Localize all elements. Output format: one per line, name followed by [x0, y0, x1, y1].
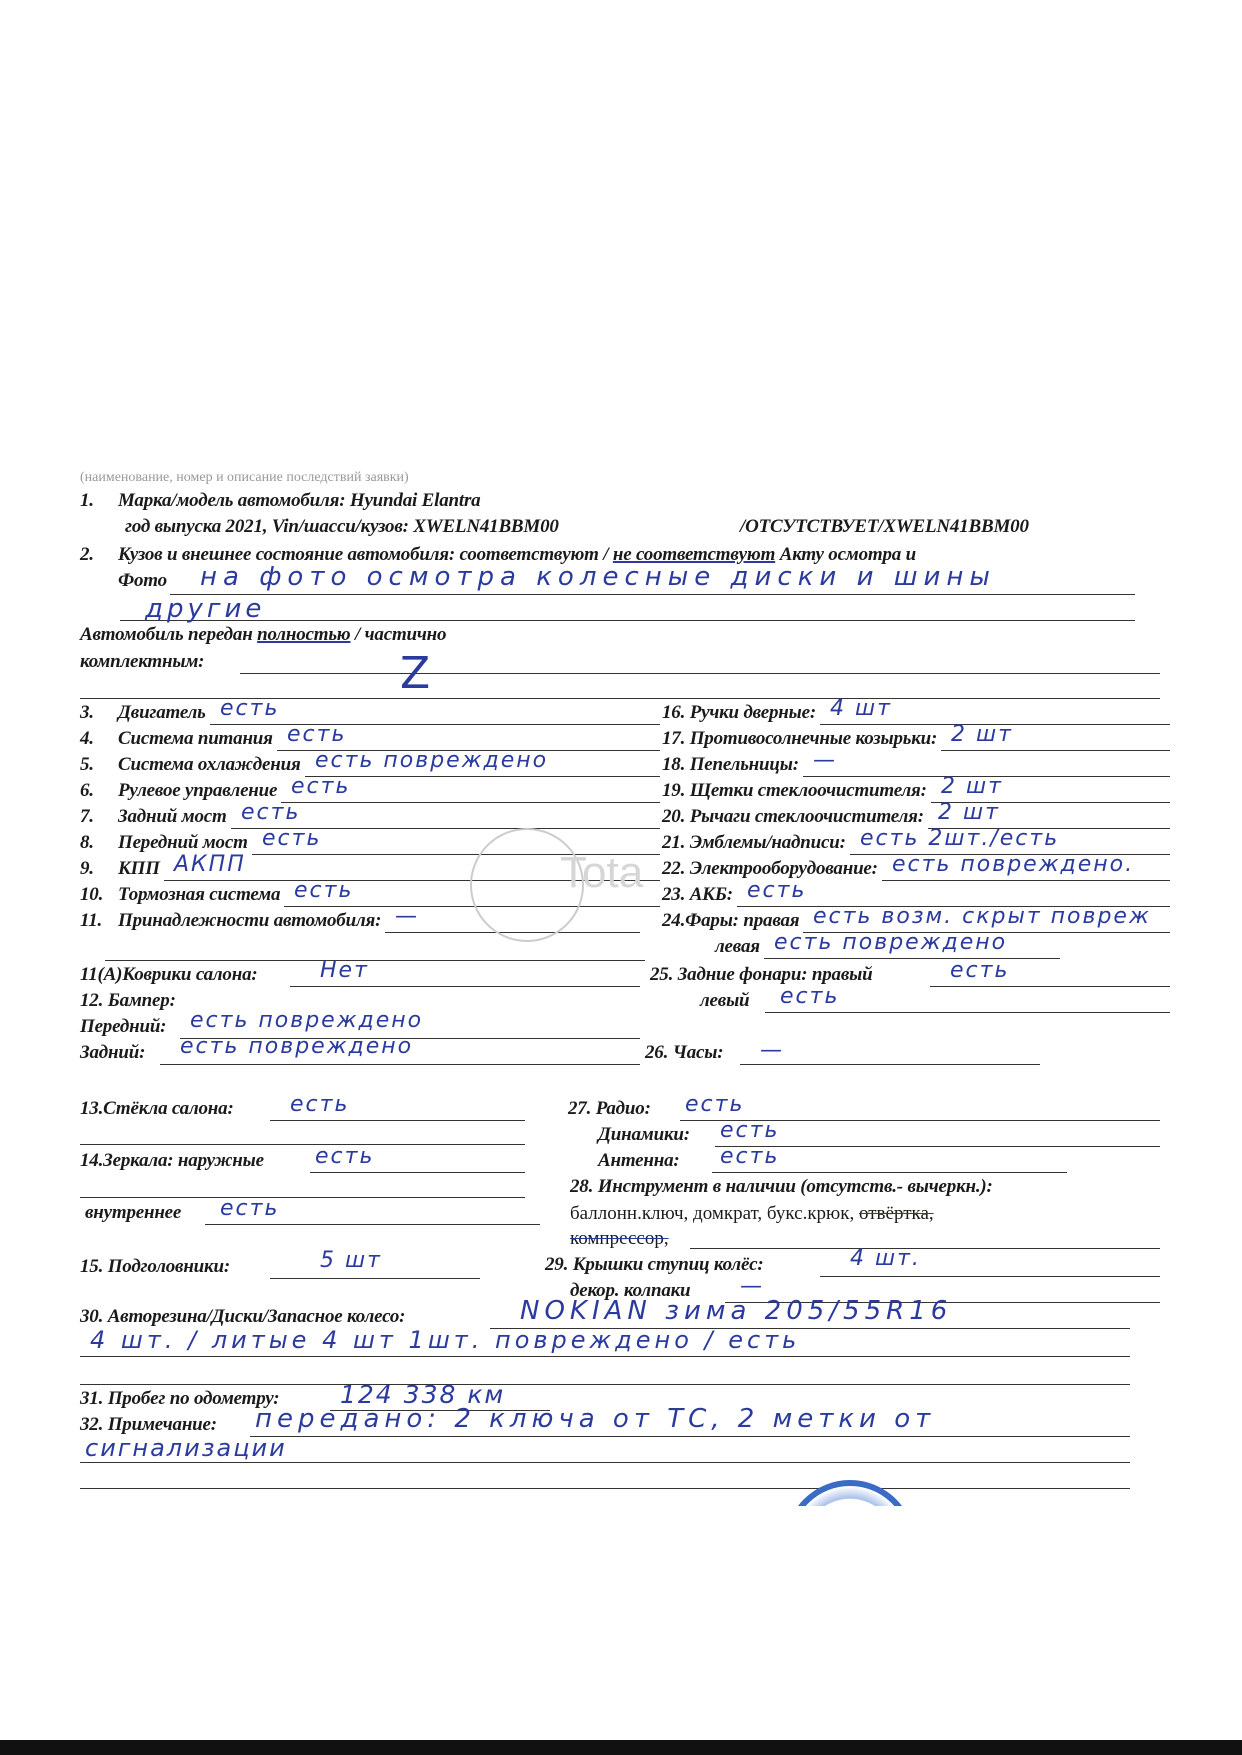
- right-item-label: 23. АКБ:: [662, 884, 733, 906]
- taillight-left-label: левый: [700, 990, 749, 1012]
- item-value[interactable]: есть: [220, 696, 279, 721]
- radio-label: 27. Радио:: [568, 1098, 651, 1120]
- watermark-text: Tota: [560, 848, 643, 898]
- right-item-label: 22. Электрооборудование:: [662, 858, 878, 880]
- item-label: КПП: [118, 858, 160, 880]
- header-faint-text: (наименование, номер и описание последст…: [80, 470, 409, 486]
- item-value[interactable]: есть: [262, 826, 321, 851]
- item-value[interactable]: есть: [294, 878, 353, 903]
- item-number: 8.: [80, 832, 94, 854]
- item-value[interactable]: —: [395, 904, 419, 929]
- bumper-rear-value[interactable]: есть повреждено: [180, 1034, 413, 1059]
- right-item-value[interactable]: есть возм. скрыт повреж: [813, 904, 1151, 929]
- body-condition-value-1[interactable]: на фото осмотра колесные диски и шины: [200, 562, 996, 592]
- right-item-label: 18. Пепельницы:: [662, 754, 799, 776]
- right-item-value[interactable]: 2 шт: [938, 800, 1000, 825]
- item-label: Система охлаждения: [118, 754, 301, 776]
- right-item-value[interactable]: есть: [747, 878, 806, 903]
- right-item-label: 19. Щетки стеклоочистителя:: [662, 780, 927, 802]
- right-item-label: 24.Фары: правая: [662, 910, 799, 932]
- taillights-label: 25. Задние фонари: правый: [650, 964, 873, 986]
- transfer-z-mark[interactable]: Z: [400, 648, 432, 699]
- glass-value[interactable]: есть: [290, 1092, 349, 1117]
- right-item-value[interactable]: есть повреждено.: [892, 852, 1134, 877]
- note-label: 32. Примечание:: [80, 1414, 217, 1436]
- bumper-rear-label: Задний:: [80, 1042, 145, 1064]
- item-number: 6.: [80, 780, 94, 802]
- transfer-label: Автомобиль передан полностью / частично: [80, 624, 446, 646]
- right-item-value[interactable]: 2 шт: [941, 774, 1003, 799]
- tires-value-2[interactable]: 4 шт. / литые 4 шт 1шт. повреждено / ест…: [90, 1326, 800, 1354]
- right-item-value[interactable]: есть повреждено: [774, 930, 1007, 955]
- hubcaps-value[interactable]: 4 шт.: [850, 1246, 921, 1271]
- stamp-icon: [785, 1480, 915, 1506]
- right-item-value[interactable]: —: [813, 748, 837, 773]
- item2-number: 2.: [80, 544, 94, 566]
- odometer-label: 31. Пробег по одометру:: [80, 1388, 279, 1410]
- right-item-label: 20. Рычаги стеклоочистителя:: [662, 806, 924, 828]
- tires-label: 30. Авторезина/Диски/Запасное колесо:: [80, 1306, 405, 1328]
- taillight-left-value[interactable]: есть: [780, 984, 839, 1009]
- tools-struck-compressor: компрессор,: [570, 1228, 669, 1250]
- tools-label: 28. Инструмент в наличии (отсутств.- выч…: [570, 1176, 993, 1198]
- item-label: Двигатель: [118, 702, 206, 724]
- right-item-value[interactable]: 2 шт: [951, 722, 1013, 747]
- clock-value[interactable]: —: [760, 1038, 784, 1063]
- vin-right: /ОТСУТСТВУЕТ/XWELN41BBM00: [740, 516, 1029, 538]
- item-value[interactable]: АКПП: [174, 852, 246, 877]
- mirrors-inner-value[interactable]: есть: [220, 1196, 279, 1221]
- mirrors-outer-value[interactable]: есть: [315, 1144, 374, 1169]
- bumper-front-label: Передний:: [80, 1016, 166, 1038]
- note-value-1[interactable]: передано: 2 ключа от ТС, 2 метки от: [255, 1404, 935, 1434]
- headrests-value[interactable]: 5 шт: [320, 1248, 382, 1273]
- antenna-value[interactable]: есть: [720, 1144, 779, 1169]
- photo-label: Фото: [118, 570, 167, 592]
- item-number: 10.: [80, 884, 103, 906]
- bumper-front-value[interactable]: есть повреждено: [190, 1008, 423, 1033]
- right-item-value[interactable]: есть 2шт./есть: [860, 826, 1059, 851]
- mats-value[interactable]: Нет: [320, 958, 369, 983]
- item-label: Система питания: [118, 728, 273, 750]
- right-item-value[interactable]: 4 шт: [830, 696, 892, 721]
- radio-value[interactable]: есть: [685, 1092, 744, 1117]
- vin-label: год выпуска 2021, Vin/шасси/кузов: XWELN…: [125, 516, 559, 538]
- mirrors-inner-label: внутреннее: [85, 1202, 181, 1224]
- right-item-label: 17. Противосолнечные козырьки:: [662, 728, 937, 750]
- item-label: Тормозная система: [118, 884, 280, 906]
- item-value[interactable]: есть: [241, 800, 300, 825]
- item-number: 3.: [80, 702, 94, 724]
- scan-edge: [0, 1740, 1242, 1755]
- item-number: 11.: [80, 910, 102, 932]
- tools-list: баллонн.ключ, домкрат, букс.крюк, отвёрт…: [570, 1203, 934, 1225]
- item-label: Передний мост: [118, 832, 248, 854]
- glass-label: 13.Стёкла салона:: [80, 1098, 234, 1120]
- item-number: 9.: [80, 858, 94, 880]
- speakers-value[interactable]: есть: [720, 1118, 779, 1143]
- hubcaps-label: 29. Крышки ступиц колёс:: [545, 1254, 764, 1276]
- right-item-label: левая: [715, 936, 760, 958]
- speakers-label: Динамики:: [598, 1124, 690, 1146]
- taillight-right-value[interactable]: есть: [950, 958, 1009, 983]
- headrests-label: 15. Подголовники:: [80, 1256, 230, 1278]
- item-label: Задний мост: [118, 806, 227, 828]
- item-number: 4.: [80, 728, 94, 750]
- mirrors-label: 14.Зеркала: наружные: [80, 1150, 264, 1172]
- clock-label: 26. Часы:: [645, 1042, 723, 1064]
- item1-number: 1.: [80, 490, 94, 512]
- item-number: 7.: [80, 806, 94, 828]
- right-item-label: 21. Эмблемы/надписи:: [662, 832, 846, 854]
- item-label: Рулевое управление: [118, 780, 277, 802]
- tires-value-1[interactable]: NOKIAN зима 205/55R16: [520, 1296, 952, 1326]
- note-value-2[interactable]: сигнализации: [85, 1434, 287, 1462]
- item-value[interactable]: есть повреждено: [315, 748, 548, 773]
- bumper-label: 12. Бампер:: [80, 990, 176, 1012]
- complete-label: комплектным:: [80, 651, 204, 673]
- antenna-label: Антенна:: [598, 1150, 680, 1172]
- item-number: 5.: [80, 754, 94, 776]
- body-condition-value-2[interactable]: другие: [145, 594, 265, 624]
- mats-label: 11(А)Коврики салона:: [80, 964, 258, 986]
- car-model-label: Марка/модель автомобиля: Hyundai Elantra: [118, 490, 480, 512]
- item-value[interactable]: есть: [287, 722, 346, 747]
- item-value[interactable]: есть: [291, 774, 350, 799]
- item-label: Принадлежности автомобиля:: [118, 910, 381, 932]
- right-item-label: 16. Ручки дверные:: [662, 702, 816, 724]
